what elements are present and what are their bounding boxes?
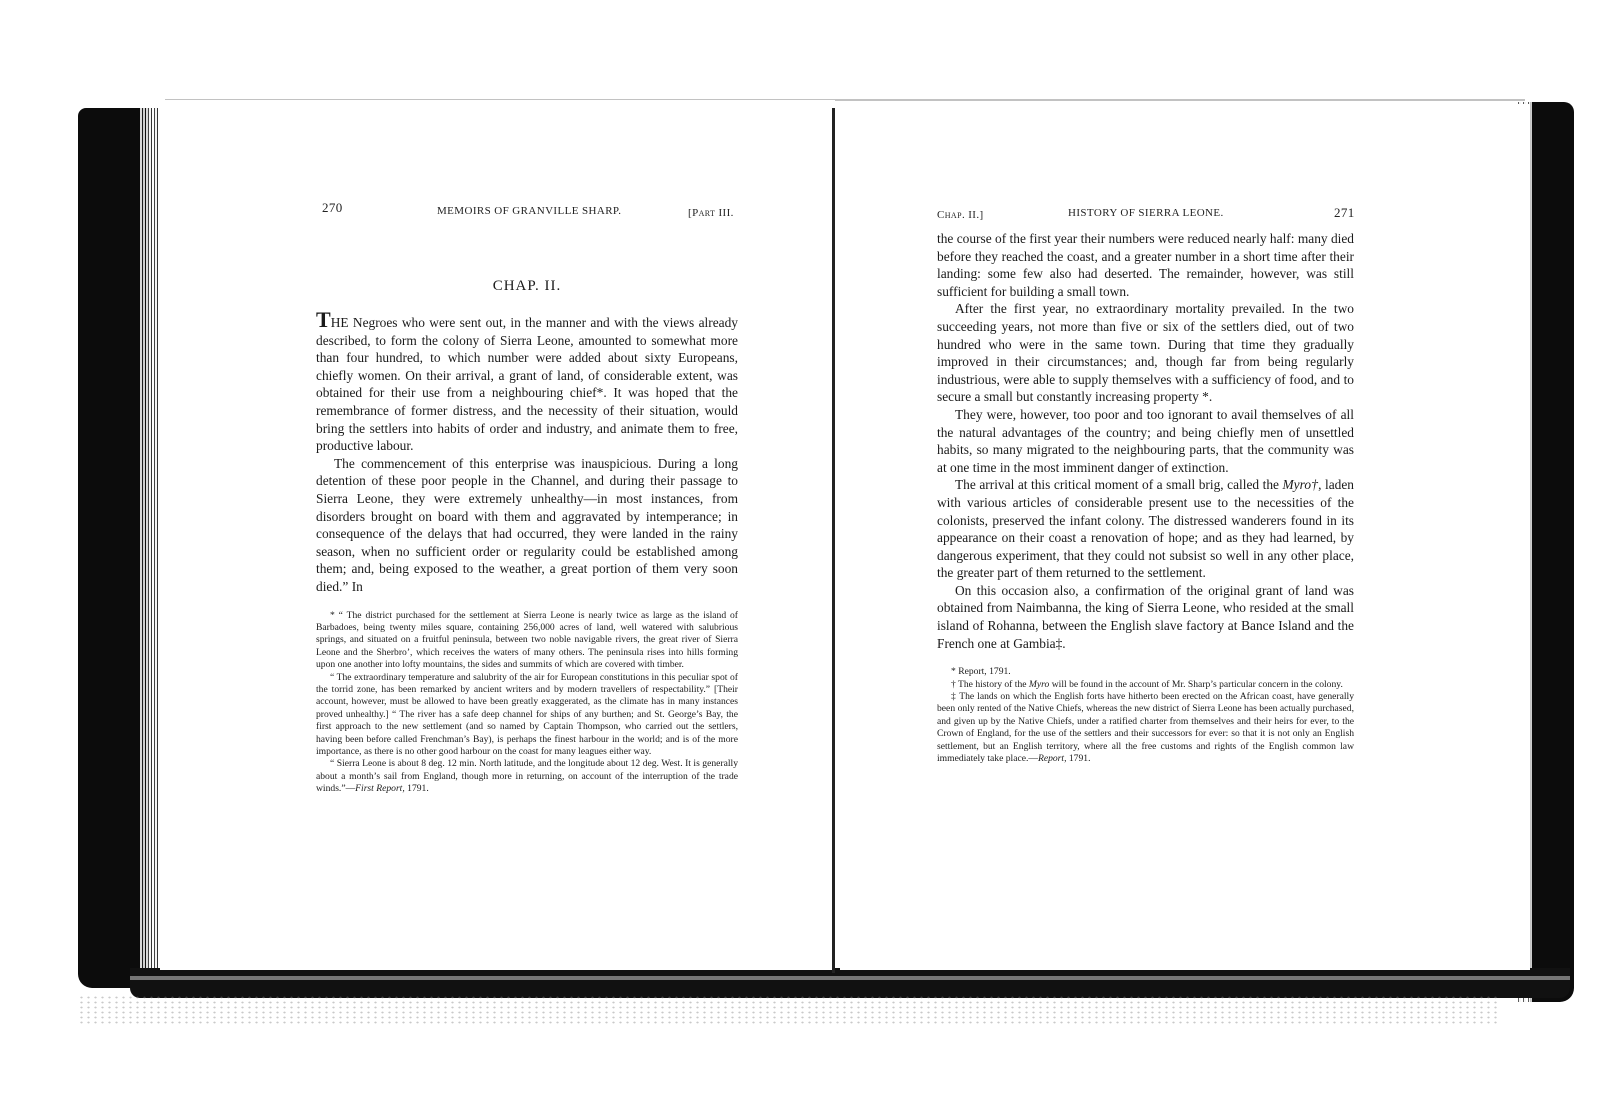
running-head-left: MEMOIRS OF GRANVILLE SHARP. [437, 205, 621, 217]
footnote: * Report, 1791. [937, 666, 1354, 678]
footnote: “ The extraordinary temperature and salu… [316, 672, 738, 759]
chapter-title: CHAP. II. [316, 278, 738, 295]
running-head-right: HISTORY OF SIERRA LEONE. [1068, 207, 1224, 219]
book-cover-right [1530, 102, 1574, 1002]
paragraph: the course of the first year their numbe… [937, 230, 1354, 300]
paragraph: After the first year, no extraordinary m… [937, 300, 1354, 406]
part-label: [Part III. [688, 207, 734, 219]
footnote: † The history of the Myro will be found … [937, 679, 1354, 691]
left-text-column: CHAP. II. THE Negroes who were sent out,… [316, 278, 738, 796]
right-text-column: the course of the first year their numbe… [937, 230, 1354, 766]
book-gutter [832, 108, 835, 973]
drop-cap: T [316, 307, 331, 332]
chapter-label: Chap. II.] [937, 209, 984, 221]
book-cover-left [78, 108, 148, 988]
book-bottom-edge [130, 968, 1570, 998]
page-number-left: 270 [322, 200, 343, 216]
paragraph: The commencement of this enterprise was … [316, 455, 738, 596]
footnotes-right: * Report, 1791. † The history of the Myr… [937, 666, 1354, 765]
footnote: * “ The district purchased for the settl… [316, 610, 738, 672]
scan-noise [78, 995, 1498, 1025]
footnote: “ Sierra Leone is about 8 deg. 12 min. N… [316, 758, 738, 795]
footnotes-left: * “ The district purchased for the settl… [316, 610, 738, 796]
footnote: ‡ The lands on which the English forts h… [937, 691, 1354, 765]
paragraph: They were, however, too poor and too ign… [937, 406, 1354, 476]
paragraph: On this occasion also, a confirmation of… [937, 582, 1354, 652]
page-edges-left [140, 108, 162, 988]
page-number-right: 271 [1334, 205, 1355, 221]
paragraph: THE Negroes who were sent out, in the ma… [316, 309, 738, 455]
paragraph: The arrival at this critical moment of a… [937, 476, 1354, 582]
